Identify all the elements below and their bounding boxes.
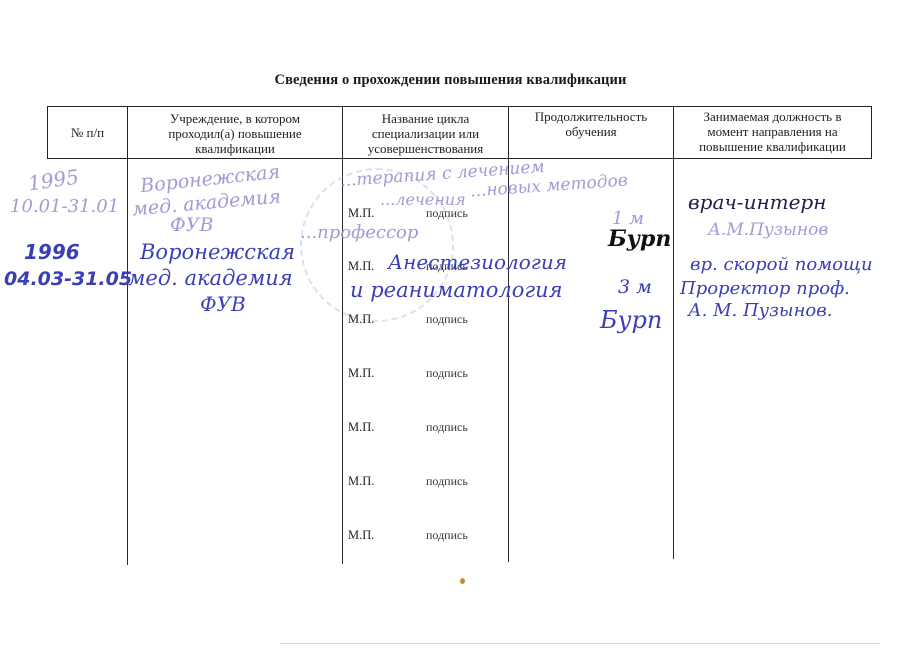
signature-label: подпись	[426, 528, 468, 542]
handwritten-institution-1-line3: ФУВ	[170, 214, 213, 236]
column-header-position-label: Занимаемая должность в момент направлени…	[699, 109, 846, 154]
column-header-institution-label: Учреждение, в котором проходил(а) повыше…	[168, 111, 301, 156]
column-divider	[673, 159, 674, 559]
handwritten-number-1-dates: 10.01-31.01	[10, 196, 119, 217]
handwritten-signature-1: Бурп	[608, 226, 671, 252]
column-header-position: Занимаемая должность в момент направлени…	[673, 106, 872, 159]
mp-label: М.П.	[348, 528, 426, 543]
stamp-row: М.П.подпись	[348, 474, 468, 489]
handwritten-course-2-line2: и реаниматология	[350, 278, 563, 302]
signature-label: подпись	[426, 312, 468, 326]
signature-label: подпись	[426, 366, 468, 380]
column-divider	[127, 159, 128, 565]
column-header-number-label: № п/п	[71, 125, 104, 140]
stamp-row: М.П.подпись	[348, 312, 468, 327]
mp-label: М.П.	[348, 366, 426, 381]
handwritten-course-1-line3: ...лечения	[380, 190, 466, 209]
handwritten-institution-2-line2: мед. академия	[128, 266, 293, 290]
column-header-institution: Учреждение, в котором проходил(а) повыше…	[127, 106, 342, 159]
handwritten-position-1-name: А.М.Пузынов	[708, 220, 828, 240]
column-divider	[508, 159, 509, 562]
handwritten-signature-2: Бурп	[600, 306, 662, 334]
handwritten-position-2-line3: А. М. Пузынов.	[688, 300, 832, 321]
signature-label: подпись	[426, 474, 468, 488]
handwritten-position-2-line2: Проректор проф.	[680, 278, 850, 299]
handwritten-course-2-line1: Анестезиология	[388, 250, 567, 274]
column-header-duration-label: Продолжительность обучения	[535, 109, 647, 139]
column-header-course: Название цикла специализации или усоверш…	[342, 106, 508, 159]
mp-label: М.П.	[348, 312, 426, 327]
handwritten-number-1-year: 1995	[27, 165, 81, 196]
handwritten-number-2-dates: 04.03-31.05	[4, 268, 132, 290]
page-title: Сведения о прохождении повышения квалифи…	[0, 72, 901, 89]
handwritten-position-2-line1: вр. скорой помощи	[690, 254, 873, 275]
scan-speck	[460, 578, 465, 584]
column-header-number: № п/п	[47, 106, 127, 159]
column-header-course-label: Название цикла специализации или усоверш…	[368, 111, 483, 156]
handwritten-institution-2-line3: ФУВ	[200, 292, 246, 316]
column-header-duration: Продолжительность обучения	[508, 106, 673, 159]
handwritten-institution-2-line1: Воронежская	[140, 240, 295, 264]
signature-label: подпись	[426, 420, 468, 434]
handwritten-position-1-title: врач-интерн	[688, 190, 826, 214]
handwritten-duration-2: 3 м	[618, 276, 652, 298]
stamp-row: М.П.подпись	[348, 420, 468, 435]
handwritten-course-1-line4: ...профессор	[300, 222, 418, 243]
stamp-row: М.П.подпись	[348, 528, 468, 543]
scan-edge	[280, 643, 880, 644]
mp-label: М.П.	[348, 474, 426, 489]
handwritten-number-2-year: 1996	[24, 240, 80, 264]
stamp-row: М.П.подпись	[348, 366, 468, 381]
mp-label: М.П.	[348, 420, 426, 435]
